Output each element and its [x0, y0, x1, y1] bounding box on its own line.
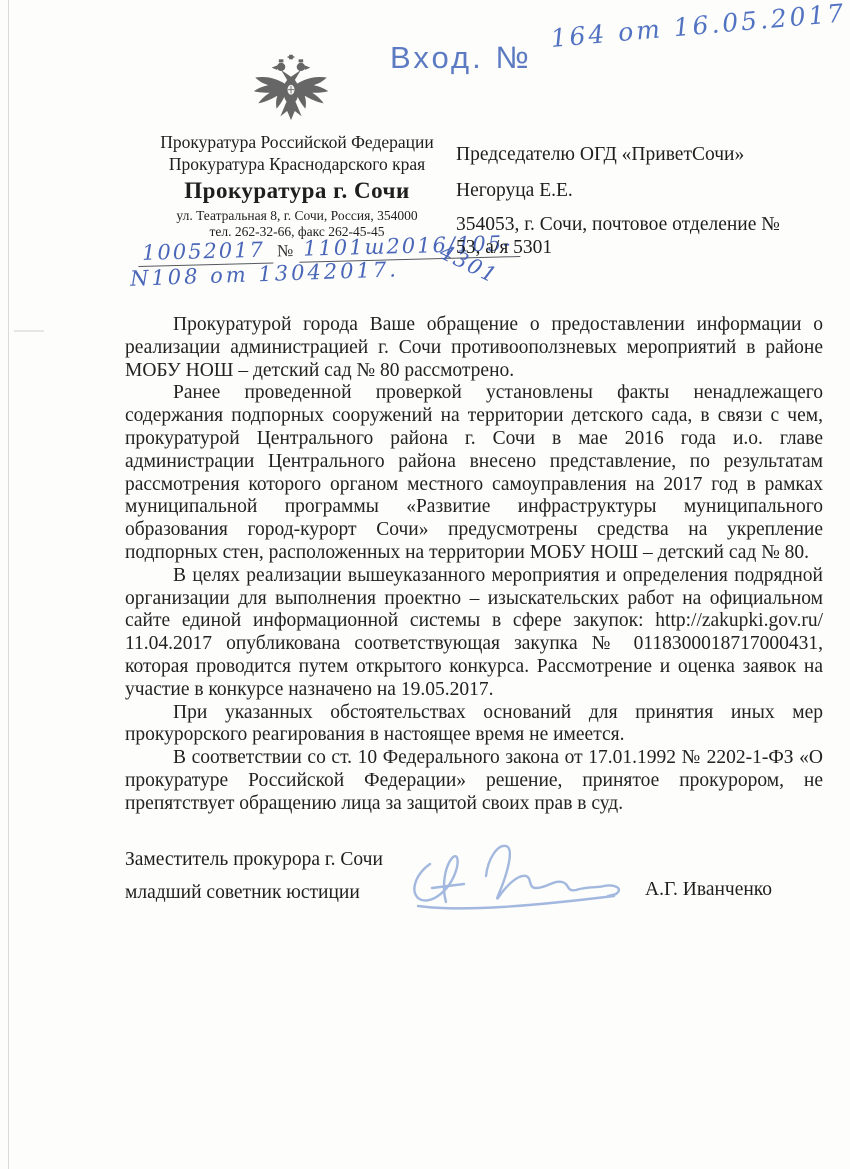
body-paragraphs: Прокуратурой города Ваше обращение о пре…	[125, 314, 823, 816]
handwritten-signature	[402, 836, 652, 921]
signatory-name: А.Г. Иванченко	[645, 879, 772, 901]
letterhead-title: Прокуратура г. Сочи	[122, 177, 472, 205]
scan-edge-line	[8, 0, 9, 1169]
double-headed-eagle-icon	[242, 54, 340, 130]
recipient-block: Председателю ОГД «ПриветСочи» Негоруца Е…	[456, 144, 791, 259]
incoming-stamp-label: Вход. №	[390, 40, 532, 76]
incoming-stamp-handwritten-number: 164 от 16.05.2017	[549, 0, 830, 53]
letterhead-line-1: Прокуратура Российской Федерации	[122, 131, 472, 153]
letterhead: Прокуратура Российской Федерации Прокура…	[122, 131, 472, 240]
signatory-titles: Заместитель прокурора г. Сочи младший со…	[125, 849, 383, 904]
recipient-name: Негоруца Е.Е.	[456, 180, 791, 202]
recipient-address: 354053, г. Сочи, почтовое отделение № 53…	[456, 214, 791, 259]
scan-smudge	[14, 330, 44, 332]
recipient-title: Председателю ОГД «ПриветСочи»	[456, 144, 791, 166]
signatory-position-2: младший советник юстиции	[125, 882, 383, 904]
letterhead-line-2: Прокуратура Краснодарского края	[122, 153, 472, 175]
scanned-letter-page: Вход. № 164 от 16.05.2017	[0, 0, 850, 1169]
body-paragraph: Ранее проведенной проверкой установлены …	[125, 382, 823, 564]
body-paragraph: В соответствии со ст. 10 Федерального за…	[125, 747, 823, 815]
body-paragraph: При указанных обстоятельствах оснований …	[125, 702, 823, 748]
body-paragraph: Прокуратурой города Ваше обращение о пре…	[125, 314, 823, 382]
body-paragraph: В целях реализации вышеуказанного меропр…	[125, 565, 823, 702]
signatory-position-1: Заместитель прокурора г. Сочи	[125, 849, 383, 871]
number-sign: №	[273, 241, 300, 261]
letterhead-address: ул. Театральная 8, г. Сочи, Россия, 3540…	[122, 208, 472, 224]
